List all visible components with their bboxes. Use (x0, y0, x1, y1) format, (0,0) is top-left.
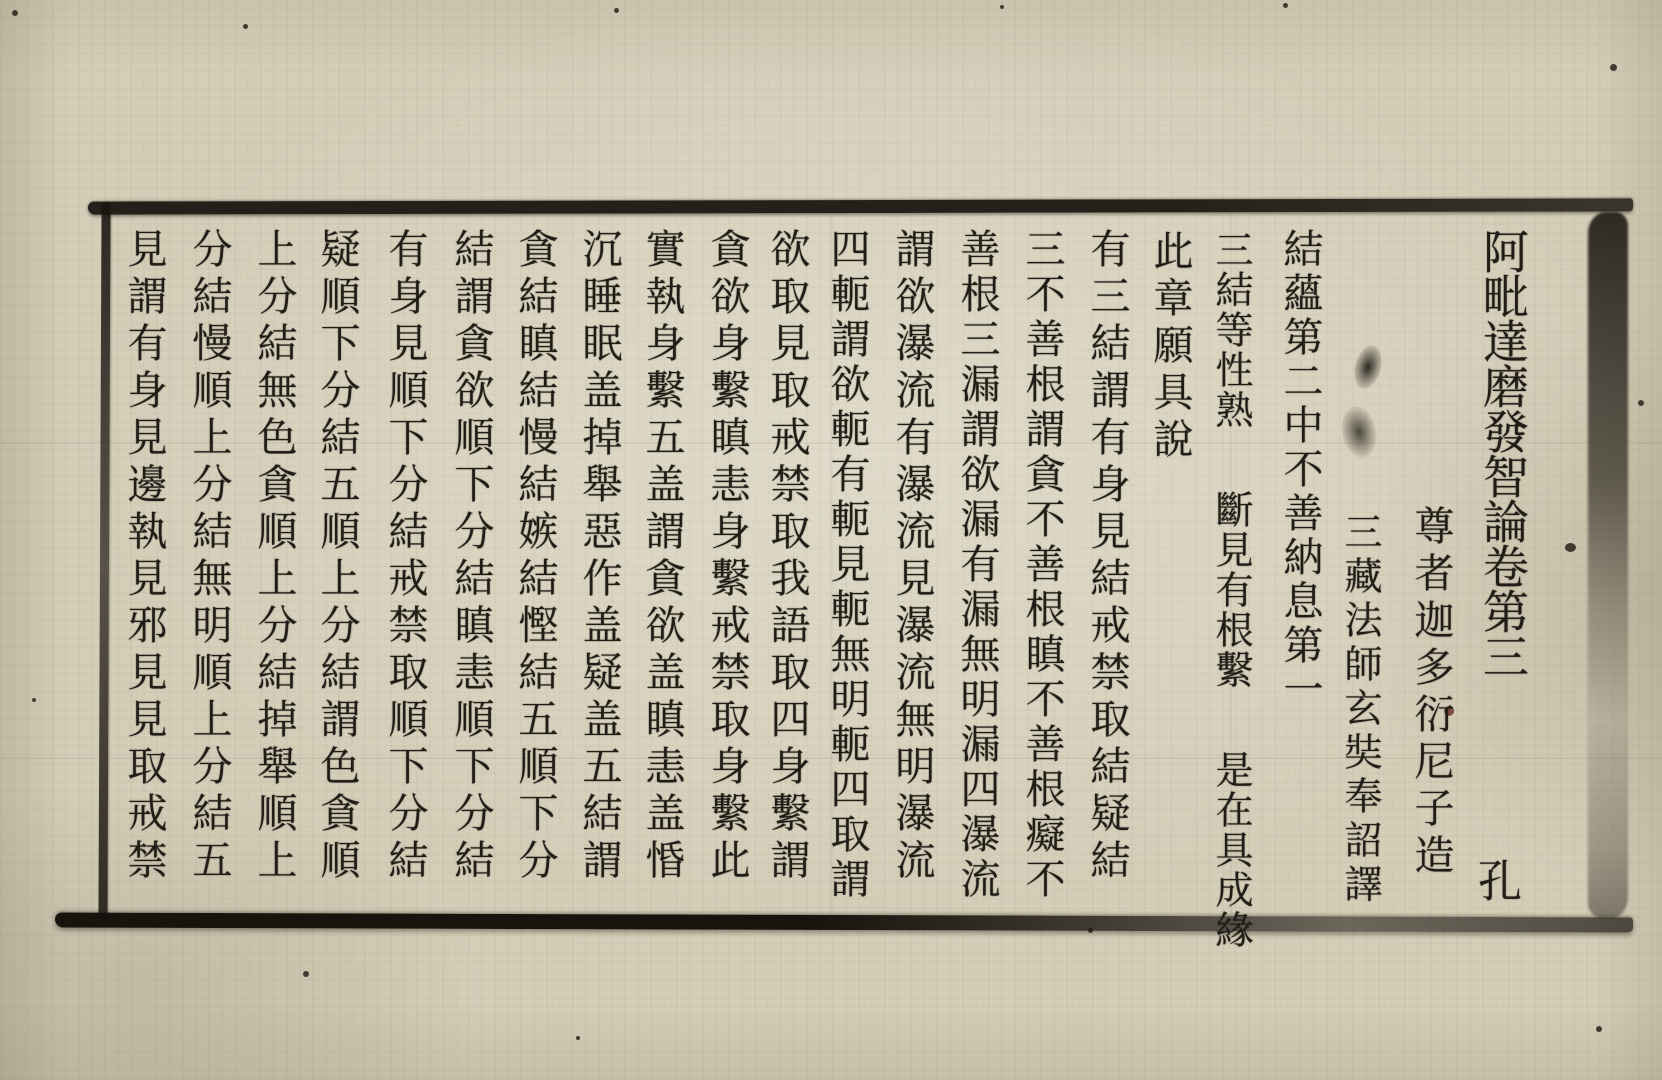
body-column-9: 沉睡眠盖掉舉惡作盖疑盖五結謂 (579, 228, 619, 886)
paper-speck (1000, 5, 1004, 9)
paper-speck (576, 1036, 580, 1040)
body-column-14: 上分結無色貪順上分結掉舉順上 (254, 228, 294, 886)
ink-smudge (1337, 403, 1381, 461)
verse-line-2: 斷見有根繫 (1211, 490, 1249, 690)
paper-speck (1565, 543, 1576, 552)
body-column-1: 有三結謂有身見結戒禁取結疑結 (1087, 228, 1127, 886)
paper-speck (12, 10, 18, 16)
body-column-12: 有身見順下分結戒禁取順下分結 (385, 228, 425, 886)
body-column-4: 謂欲瀑流有瀑流見瀑流無明瀑流 (892, 228, 932, 886)
manuscript-page: 阿毗達磨發智論卷第三 尊者迦多衍尼子造 三藏法師玄奘奉詔譯 結蘊第二中不善納息第… (0, 0, 1662, 1080)
body-column-2: 三不善根謂貪不善根瞋不善根癡不 (1022, 228, 1062, 903)
paper-speck (614, 8, 619, 13)
body-column-16: 見謂有身見邊執見邪見見取戒禁 (124, 228, 164, 886)
body-column-8: 實執身繫五盖謂貪欲盖瞋恚盖惛 (642, 228, 682, 886)
paper-speck (1283, 3, 1288, 8)
chapter-heading-column: 結蘊第二中不善納息第一 (1280, 228, 1320, 712)
frame-left-border (98, 203, 110, 923)
frame-bottom-border (55, 913, 1633, 933)
frame-right-border-smudge (1588, 212, 1628, 918)
verse-line-1: 三結等性熟 (1211, 230, 1249, 430)
body-column-3: 善根三漏謂欲漏有漏無明漏四瀑流 (957, 228, 997, 903)
ink-smudge (1350, 342, 1387, 391)
body-column-15: 分結慢順上分結無明順上分結五 (189, 228, 229, 886)
body-column-10: 貪結瞋結慢結嫉結慳結五順下分 (515, 228, 555, 886)
body-column-11: 結謂貪欲順下分結瞋恚順下分結 (451, 228, 491, 886)
uddana-verse-column: 三結等性熟 斷見有根繫 是在具成緣 (1211, 230, 1249, 950)
case-mark: 孔 (1473, 858, 1517, 902)
body-column-13: 疑順下分結五順上分結謂色貪順 (317, 228, 357, 886)
paper-speck (303, 971, 309, 977)
body-column-6: 欲取見取戒禁取我語取四身繫謂 (767, 228, 807, 886)
verse-line-3: 是在具成緣 (1211, 750, 1249, 950)
body-column-5: 四軛謂欲軛有軛見軛無明軛四取謂 (827, 228, 867, 903)
frame-top-border (88, 198, 1633, 214)
paper-speck (243, 24, 248, 29)
title-column: 阿毗達磨發智論卷第三 (1479, 228, 1525, 678)
paper-speck (1638, 400, 1644, 406)
verse-closing-column: 此章願具說 (1150, 230, 1190, 465)
translator-column: 三藏法師玄奘奉詔譯 (1340, 512, 1378, 908)
paper-speck (1610, 64, 1617, 71)
paper-speck (32, 698, 36, 702)
paper-speck (1596, 1026, 1602, 1032)
author-column: 尊者迦多衍尼子造 (1411, 505, 1451, 881)
paper-speck (1088, 928, 1093, 933)
body-column-7: 貪欲身繫瞋恚身繫戒禁取身繫此 (707, 228, 747, 886)
